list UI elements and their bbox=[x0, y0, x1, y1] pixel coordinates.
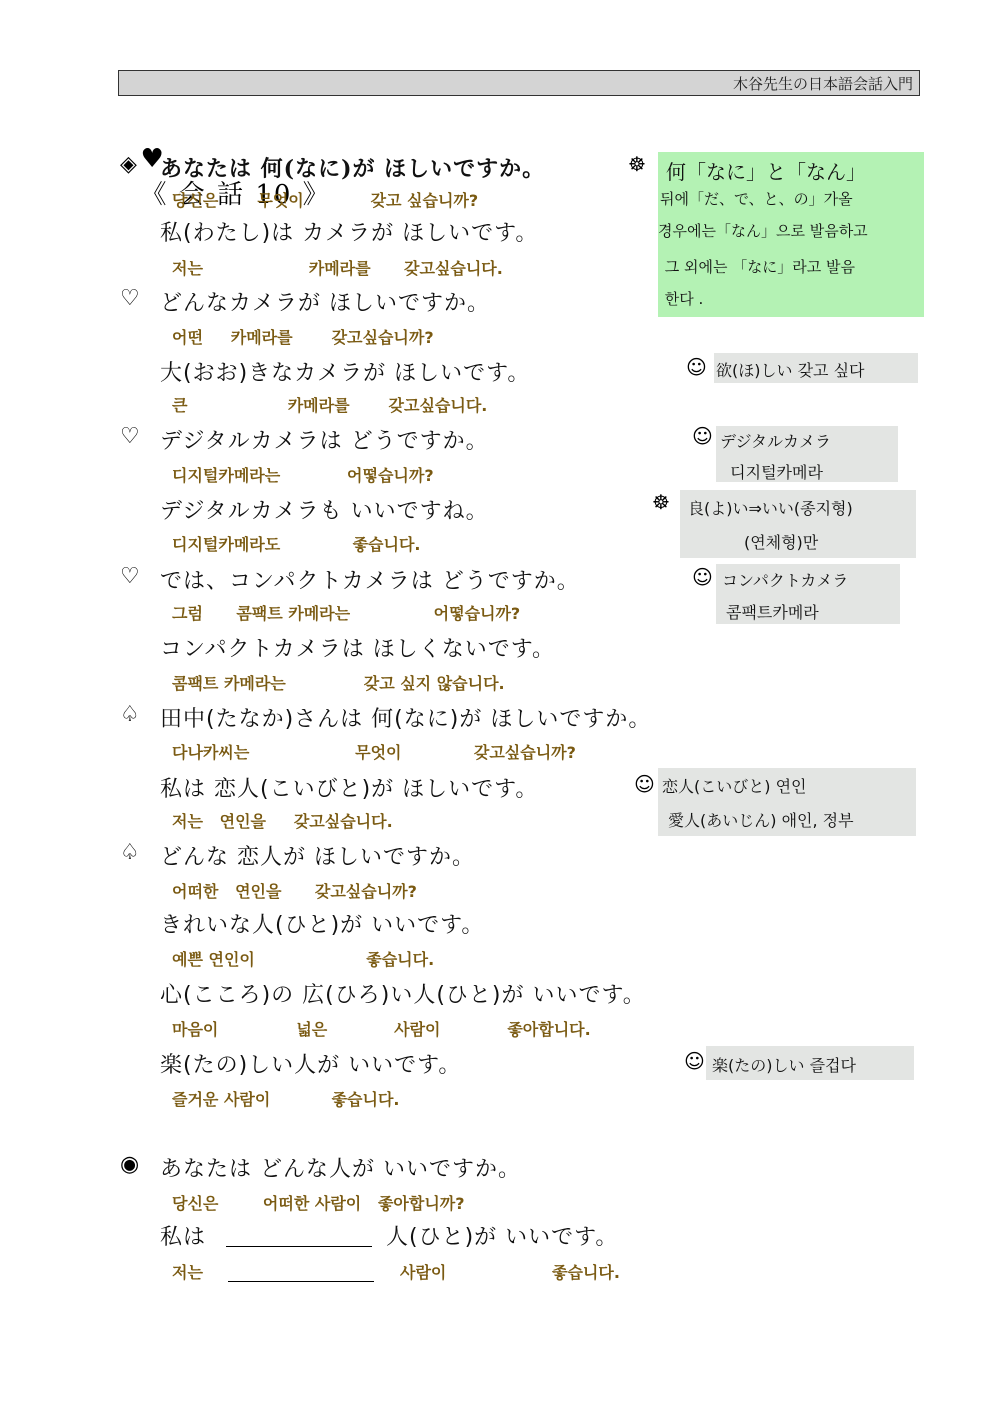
note-yoi: 良(よ)い⇒いい(종지형) (연체형)만 bbox=[680, 490, 916, 558]
dialogue-jp-10: どんな 恋人が ほしいですか。 bbox=[160, 840, 475, 871]
note-line: (연체형)만 bbox=[688, 530, 818, 553]
spade-outline-icon: ♤ bbox=[120, 840, 140, 865]
spade-outline-icon: ♤ bbox=[120, 702, 140, 727]
note-line: デジタルカメラ bbox=[720, 429, 831, 452]
note-line: 그 외에는 「なに」라고 발음 bbox=[660, 256, 855, 277]
note-line: 欲(ほ)しい 갖고 싶다 bbox=[716, 358, 864, 381]
note-digital-camera: デジタルカメラ 디지털카메라 bbox=[716, 426, 898, 482]
dialogue-ko-0: 당신은 무엇이 갖고 싶습니까? bbox=[172, 188, 478, 211]
answer-blank-ko[interactable] bbox=[228, 1281, 374, 1282]
diamond-icon: ◈ bbox=[120, 152, 137, 177]
dialogue-ko-6: 그럼 콤팩트 카메라는 어떻습니까? bbox=[172, 601, 520, 624]
dialogue-ko-10: 어떠한 연인을 갖고싶습니까? bbox=[172, 879, 417, 902]
dialogue-jp-5: デジタルカメラも いいですね。 bbox=[160, 494, 489, 525]
smiley-icon: ☺ bbox=[692, 565, 713, 589]
dialogue-ko-9: 저는 연인을 갖고싶습니다. bbox=[172, 809, 393, 832]
dialogue-jp-0: あなたは 何(なに)が ほしいですか。 bbox=[160, 152, 545, 183]
dialogue-ko-7: 콤팩트 카메라는 갖고 싶지 않습니다. bbox=[172, 671, 505, 694]
note-line: 한다 . bbox=[660, 288, 703, 309]
dialogue-jp-9: 私は 恋人(こいびと)が ほしいです。 bbox=[160, 772, 538, 803]
note-line: 愛人(あいじん) 애인, 정부 bbox=[668, 808, 854, 831]
exercise-answer-jp-suffix: 人(ひと)が いいです。 bbox=[386, 1220, 618, 1251]
dialogue-ko-12: 마음이 넓은 사람이 좋아합니다. bbox=[172, 1017, 591, 1040]
exercise-question-jp: あなたは どんな人が いいですか。 bbox=[160, 1152, 521, 1183]
note-koibito: 恋人(こいびと) 연인 愛人(あいじん) 애인, 정부 bbox=[658, 768, 916, 836]
heart-outline-icon: ♡ bbox=[120, 286, 140, 311]
dialogue-jp-3: 大(おお)きなカメラが ほしいです。 bbox=[160, 356, 530, 387]
dialogue-jp-4: デジタルカメラは どうですか。 bbox=[160, 424, 489, 455]
dialogue-jp-8: 田中(たなか)さんは 何(なに)が ほしいですか。 bbox=[160, 702, 651, 733]
smiley-icon: ☺ bbox=[634, 772, 655, 796]
header-title: 木谷先生の日本語会話入門 bbox=[733, 73, 913, 94]
dialogue-jp-13: 楽(たの)しい人が いいです。 bbox=[160, 1048, 461, 1079]
answer-blank-jp[interactable] bbox=[226, 1246, 372, 1247]
dialogue-jp-11: きれいな人(ひと)が いいです。 bbox=[160, 908, 484, 939]
dharma-wheel-icon: ☸ bbox=[628, 152, 646, 176]
note-tanoshii: 楽(たの)しい 즐겁다 bbox=[706, 1046, 914, 1080]
dialogue-jp-2: どんなカメラが ほしいですか。 bbox=[160, 286, 490, 317]
smiley-icon: ☺ bbox=[684, 1049, 705, 1073]
note-line: 楽(たの)しい 즐겁다 bbox=[712, 1053, 856, 1076]
note-line: 콤팩트카메라 bbox=[726, 600, 819, 623]
bullseye-icon: ◉ bbox=[120, 1152, 139, 1177]
exercise-question-ko: 당신은 어떠한 사람이 좋아합니까? bbox=[172, 1191, 465, 1214]
dharma-wheel-icon: ☸ bbox=[652, 490, 670, 514]
dialogue-ko-3: 큰 카메라를 갖고싶습니다. bbox=[172, 393, 487, 416]
note-line: コンパクトカメラ bbox=[722, 568, 848, 591]
dialogue-ko-11: 예쁜 연인이 좋습니다. bbox=[172, 947, 434, 970]
note-hoshii: 欲(ほ)しい 갖고 싶다 bbox=[714, 353, 918, 383]
dialogue-ko-8: 다나카씨는 무엇이 갖고싶습니까? bbox=[172, 740, 576, 763]
note-line: 良(よ)い⇒いい(종지형) bbox=[688, 496, 853, 519]
note-line: 何「なに」と「なん」 bbox=[666, 156, 866, 185]
dialogue-ko-1: 저는 카메라를 갖고싶습니다. bbox=[172, 256, 503, 279]
dialogue-jp-6: では、コンパクトカメラは どうですか。 bbox=[160, 564, 580, 595]
smiley-icon: ☺ bbox=[686, 355, 707, 379]
dialogue-ko-4: 디지털카메라는 어떻습니까? bbox=[172, 463, 434, 486]
dialogue-ko-13: 즐거운 사람이 좋습니다. bbox=[172, 1087, 399, 1110]
exercise-answer-ko-prefix: 저는 bbox=[172, 1260, 203, 1283]
smiley-icon: ☺ bbox=[692, 424, 713, 448]
exercise-answer-ko-suffix: 좋습니다. bbox=[552, 1260, 620, 1283]
heart-outline-icon: ♡ bbox=[120, 424, 140, 449]
header-bar: 木谷先生の日本語会話入門 bbox=[118, 70, 920, 96]
dialogue-ko-5: 디지털카메라도 좋습니다. bbox=[172, 532, 421, 555]
heart-outline-icon: ♡ bbox=[120, 564, 140, 589]
dialogue-jp-7: コンパクトカメラは ほしくないです。 bbox=[160, 632, 555, 663]
dialogue-jp-12: 心(こころ)の 広(ひろ)い人(ひと)が いいです。 bbox=[160, 978, 646, 1009]
exercise-answer-ko-middle: 사람이 bbox=[400, 1260, 446, 1283]
note-line: 디지털카메라 bbox=[720, 460, 823, 483]
note-line: 뒤에「だ、で、と、の」가올 bbox=[660, 188, 853, 209]
note-line: 경우에는「なん」으로 발음하고 bbox=[658, 220, 868, 241]
dialogue-ko-2: 어떤 카메라를 갖고싶습니까? bbox=[172, 325, 434, 348]
note-nani-nan: 何「なに」と「なん」 뒤에「だ、で、と、の」가올 경우에는「なん」으로 발음하고… bbox=[658, 152, 924, 317]
exercise-answer-jp-prefix: 私は bbox=[160, 1220, 206, 1251]
note-compact-camera: コンパクトカメラ 콤팩트카메라 bbox=[716, 564, 900, 624]
dialogue-jp-1: 私(わたし)は カメラが ほしいです。 bbox=[160, 216, 538, 247]
note-line: 恋人(こいびと) 연인 bbox=[662, 774, 806, 797]
